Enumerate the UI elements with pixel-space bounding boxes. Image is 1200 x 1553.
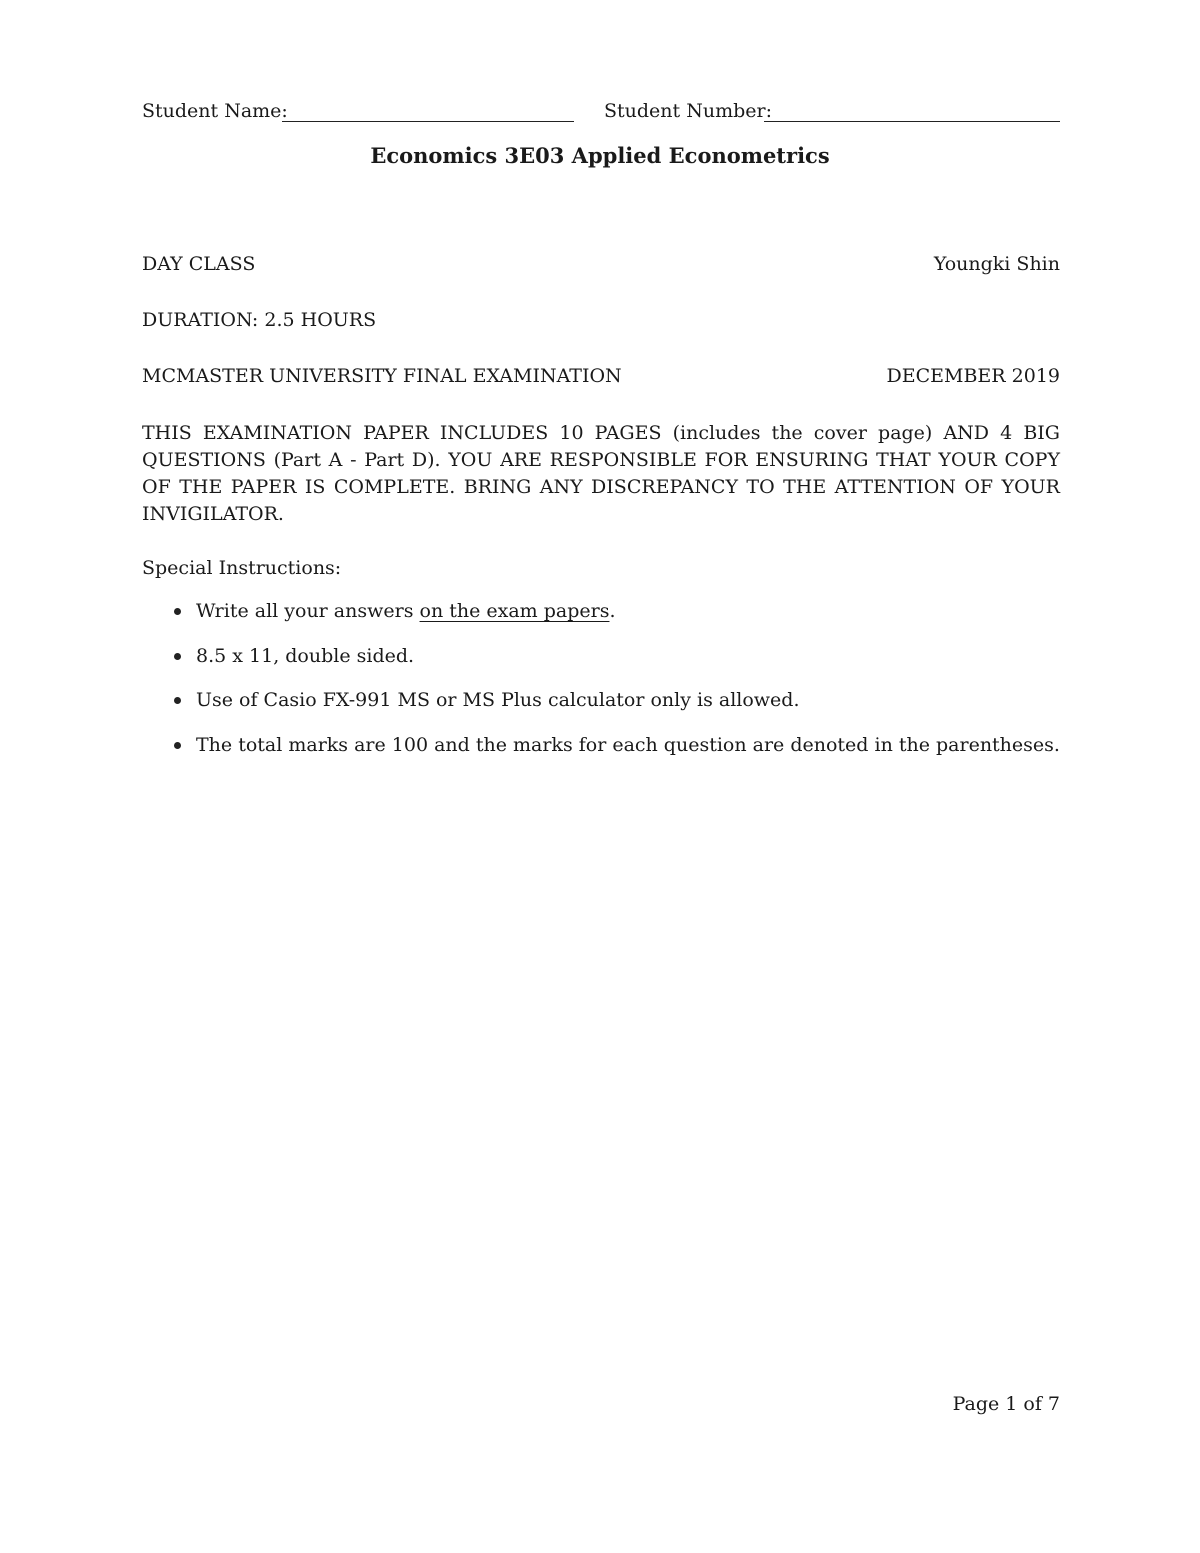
list-item: The total marks are 100 and the marks fo… <box>172 732 1060 777</box>
special-instructions-list: Write all your answers on the exam paper… <box>172 598 1060 777</box>
exam-notice: THIS EXAMINATION PAPER INCLUDES 10 PAGES… <box>142 420 1060 528</box>
instructor-name: Youngki Shin <box>934 253 1060 275</box>
exam-row: MCMASTER UNIVERSITY FINAL EXAMINATION DE… <box>142 365 1060 387</box>
bullet-icon <box>174 742 181 749</box>
bullet-icon <box>174 608 181 615</box>
duration-row: DURATION: 2.5 HOURS <box>142 309 1060 331</box>
exam-label: MCMASTER UNIVERSITY FINAL EXAMINATION <box>142 365 622 387</box>
student-number-label: Student Number: <box>604 100 772 122</box>
special-instructions-heading: Special Instructions: <box>142 557 341 579</box>
duration-label: DURATION: 2.5 HOURS <box>142 309 376 331</box>
list-item: Write all your answers on the exam paper… <box>172 598 1060 643</box>
class-row: DAY CLASS Youngki Shin <box>142 253 1060 275</box>
bullet-icon <box>174 653 181 660</box>
list-item: 8.5 x 11, double sided. <box>172 643 1060 688</box>
page-title: Economics 3E03 Applied Econometrics <box>0 143 1200 168</box>
student-number-field[interactable] <box>764 121 1060 122</box>
class-label: DAY CLASS <box>142 253 255 275</box>
emphasis-underline: on the exam papers <box>420 600 610 622</box>
student-name-field[interactable] <box>282 121 574 122</box>
bullet-icon <box>174 697 181 704</box>
student-name-label: Student Name: <box>142 100 288 122</box>
list-item: Use of Casio FX-991 MS or MS Plus calcul… <box>172 687 1060 732</box>
exam-date: DECEMBER 2019 <box>887 365 1061 387</box>
page-indicator: Page 1 of 7 <box>953 1393 1060 1415</box>
